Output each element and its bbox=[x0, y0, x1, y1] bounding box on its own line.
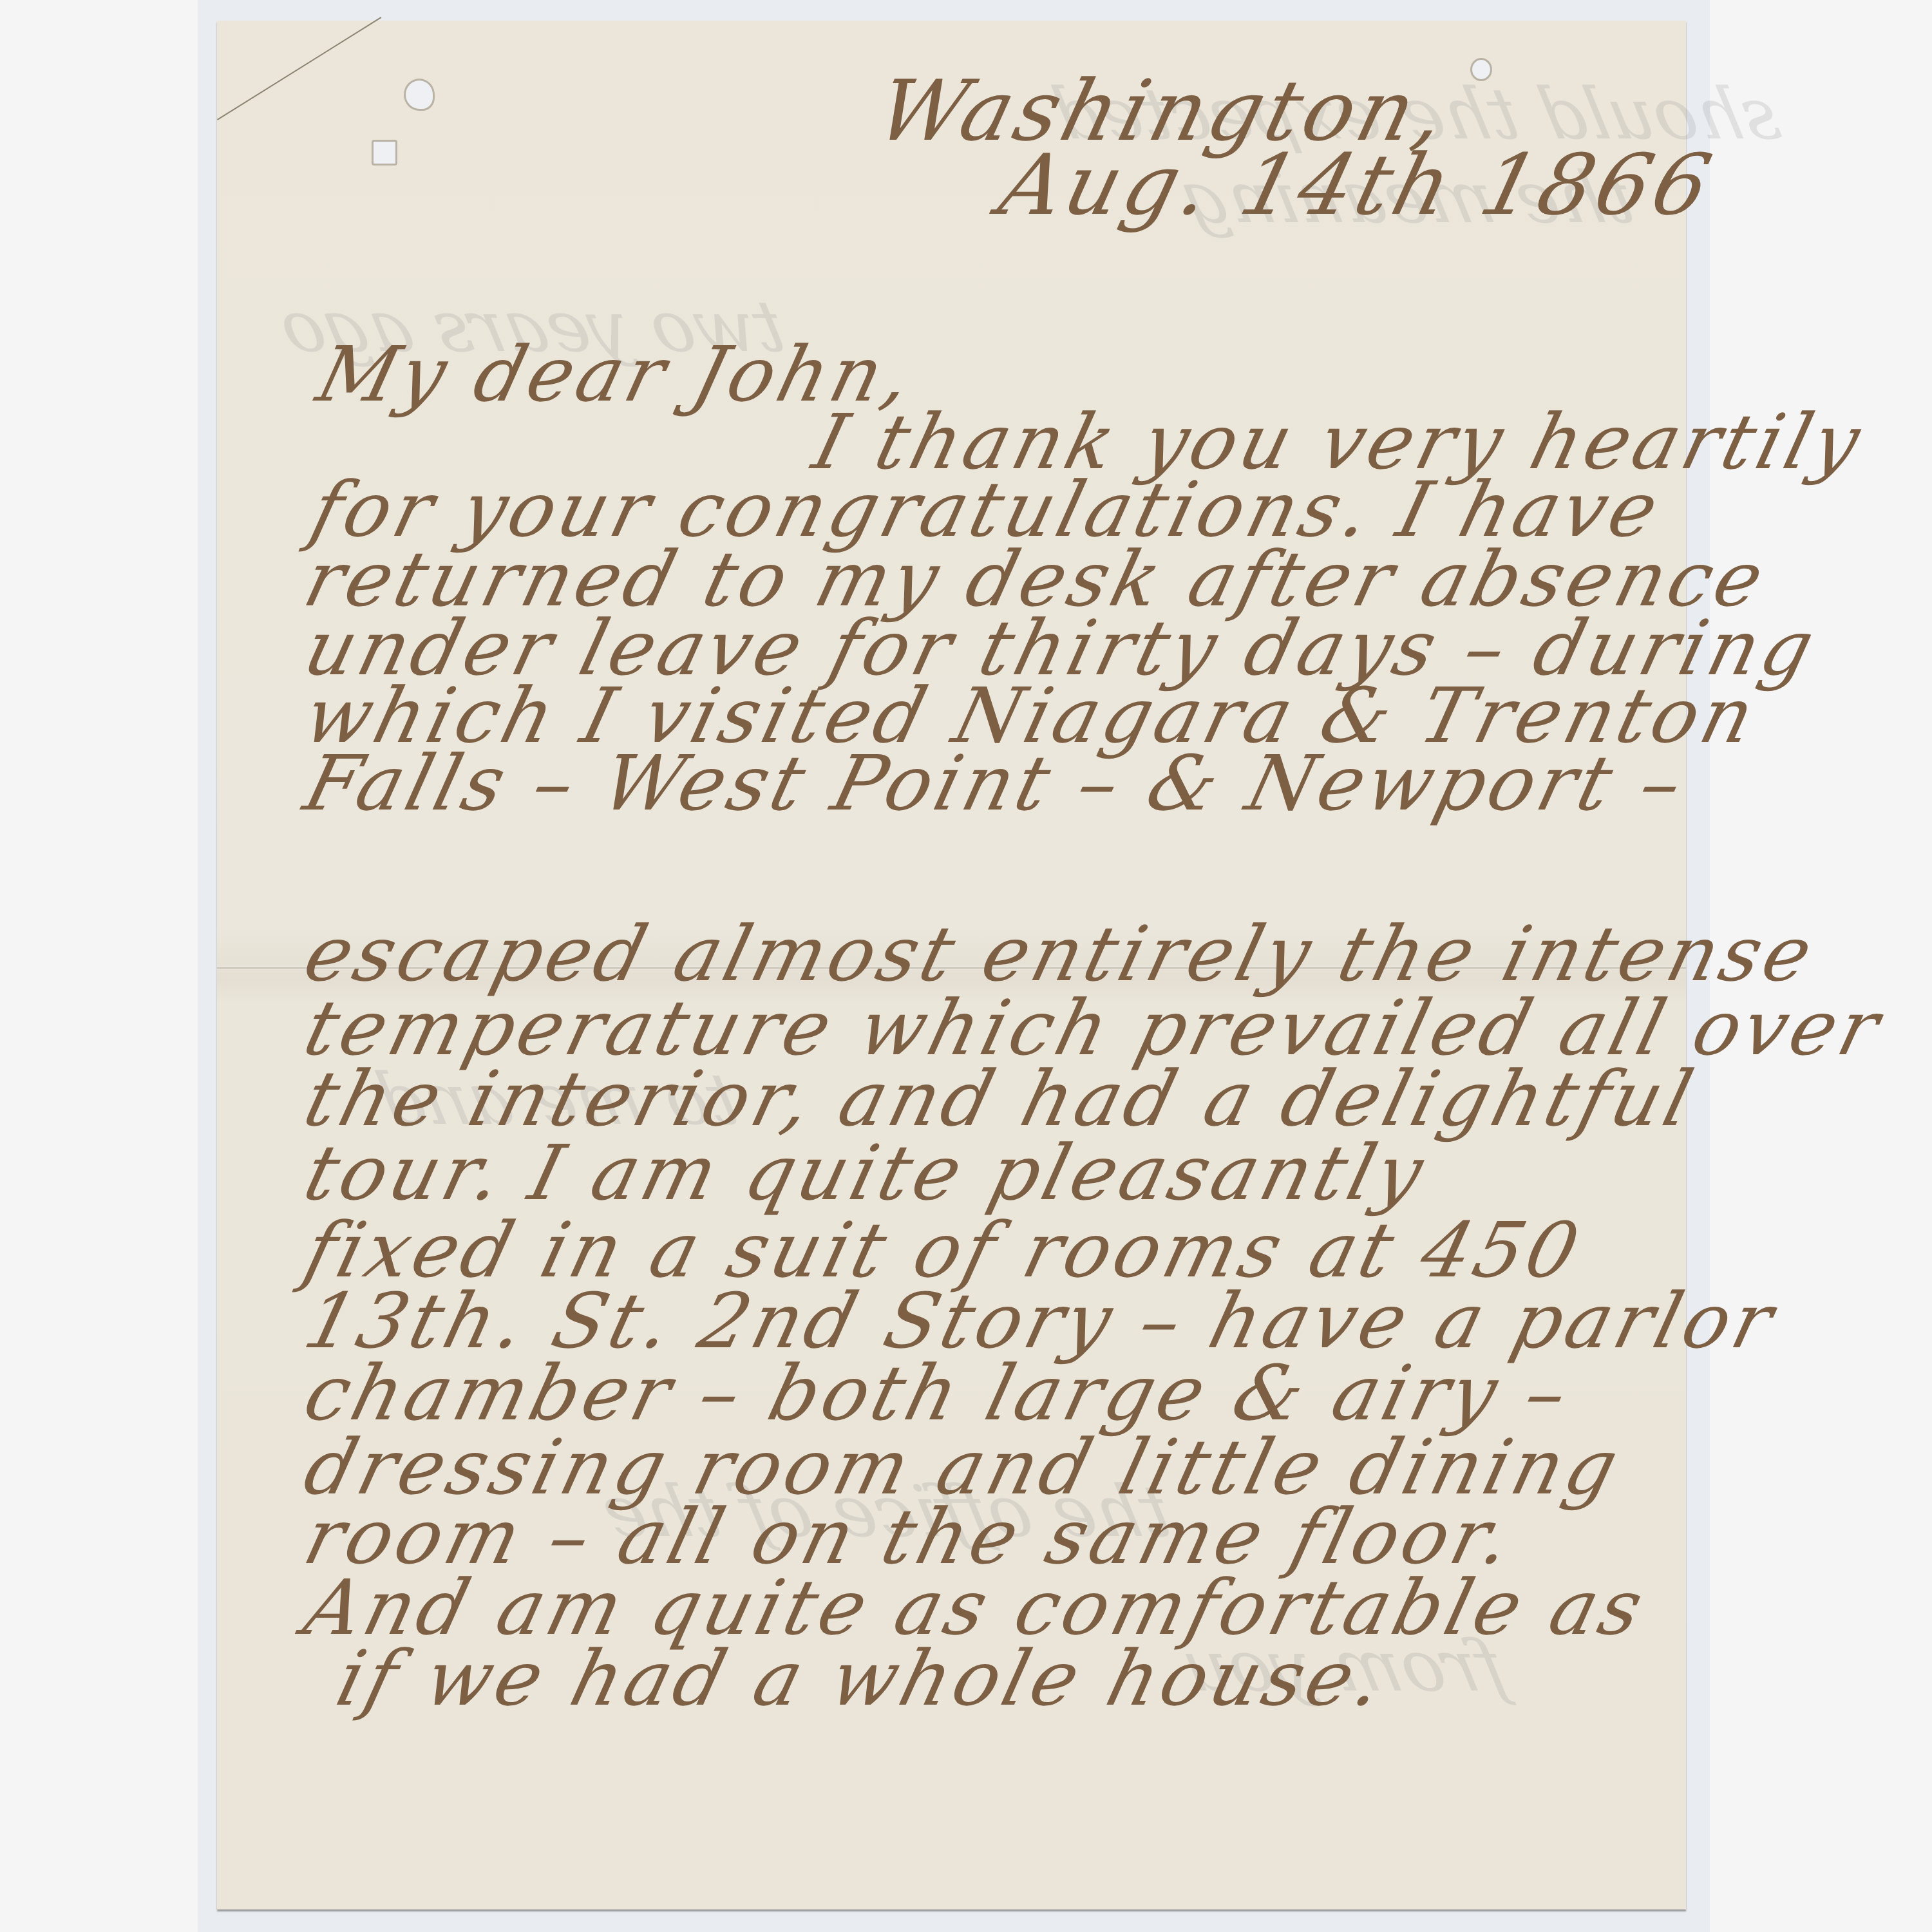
letter-line: tour. I am quite pleasantly bbox=[298, 1135, 1434, 1211]
letter-line: if we had a whole house. bbox=[330, 1640, 1394, 1716]
letter-page: should the expected the meaning two year… bbox=[217, 21, 1686, 1909]
letter-line: Falls – West Point – & Newport – bbox=[298, 745, 1693, 821]
letter-date: Aug. 14th 1866 bbox=[992, 143, 1722, 227]
letter-line: the interior, and had a delightful bbox=[298, 1061, 1703, 1137]
corner-fold-crease bbox=[217, 17, 381, 120]
letter-line: chamber – both large & airy – bbox=[298, 1355, 1578, 1431]
binding-hole bbox=[372, 140, 397, 166]
letter-line: escaped almost entirely the intense bbox=[298, 916, 1823, 992]
binding-hole bbox=[404, 79, 435, 111]
letter-line: 13th. St. 2nd Story – have a parlor bbox=[298, 1283, 1783, 1359]
